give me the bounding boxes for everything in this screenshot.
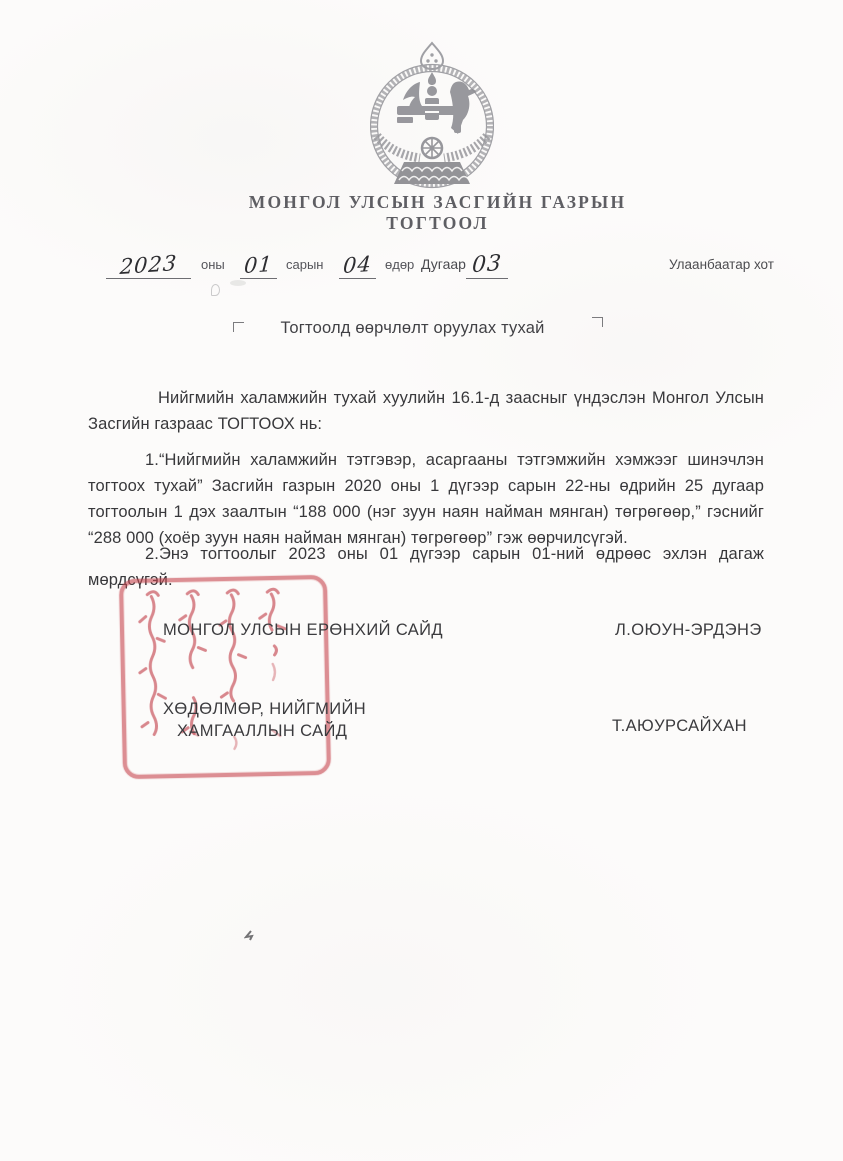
day-label: өдөр: [385, 257, 414, 272]
pencil-mark: [211, 284, 220, 296]
number-label: Дугаар: [421, 256, 466, 272]
handwritten-year: 2023: [105, 250, 191, 280]
org-name-line2: ТОГТООЛ: [16, 213, 843, 234]
signature-2-title-line1: ХӨДӨЛМӨР, НИЙГМИЙН: [163, 700, 366, 718]
scanned-document-page: МОНГОЛ УЛСЫН ЗАСГИЙН ГАЗРЫН ТОГТООЛ 2023…: [0, 0, 843, 1161]
document-title: Тогтоолд өөрчлөлт оруулах тухай: [0, 319, 834, 338]
date-year-blank: 2023: [106, 252, 191, 279]
letterhead: МОНГОЛ УЛСЫН ЗАСГИЙН ГАЗРЫН ТОГТООЛ: [16, 192, 843, 234]
signature-1-title: МОНГОЛ УЛСЫН ЕРӨНХИЙ САЙД: [163, 621, 443, 640]
handwritten-number: 03: [465, 250, 509, 278]
city-label: Улаанбаатар хот: [669, 257, 774, 272]
signature-2-title: ХӨДӨЛМӨР, НИЙГМИЙНХАМГААЛЛЫН САЙД: [163, 699, 366, 742]
smudge-mark: [230, 280, 246, 286]
date-month-blank: 01: [240, 252, 277, 279]
signature-1-name: Л.ОЮУН-ЭРДЭНЭ: [615, 621, 762, 640]
mongolia-state-emblem-icon: [370, 40, 494, 190]
red-seal-stamp: [119, 575, 331, 779]
signature-2-title-line2: ХАМГААЛЛЫН САЙД: [163, 722, 347, 740]
month-label: сарын: [286, 257, 323, 272]
number-blank: 03: [466, 252, 508, 279]
ink-speck: [244, 928, 254, 939]
year-label: оны: [201, 257, 225, 272]
preamble-paragraph: Нийгмийн халамжийн тухай хуулийн 16.1-д …: [88, 385, 764, 438]
handwritten-month: 01: [239, 252, 278, 279]
org-name-line1: МОНГОЛ УЛСЫН ЗАСГИЙН ГАЗРЫН: [16, 192, 843, 213]
handwritten-day: 04: [338, 252, 377, 279]
clause-1-paragraph: 1.“Нийгмийн халамжийн тэтгэвэр, асаргаан…: [88, 447, 764, 552]
signature-2-name: Т.АЮУРСАЙХАН: [612, 717, 747, 736]
date-day-blank: 04: [339, 252, 376, 279]
